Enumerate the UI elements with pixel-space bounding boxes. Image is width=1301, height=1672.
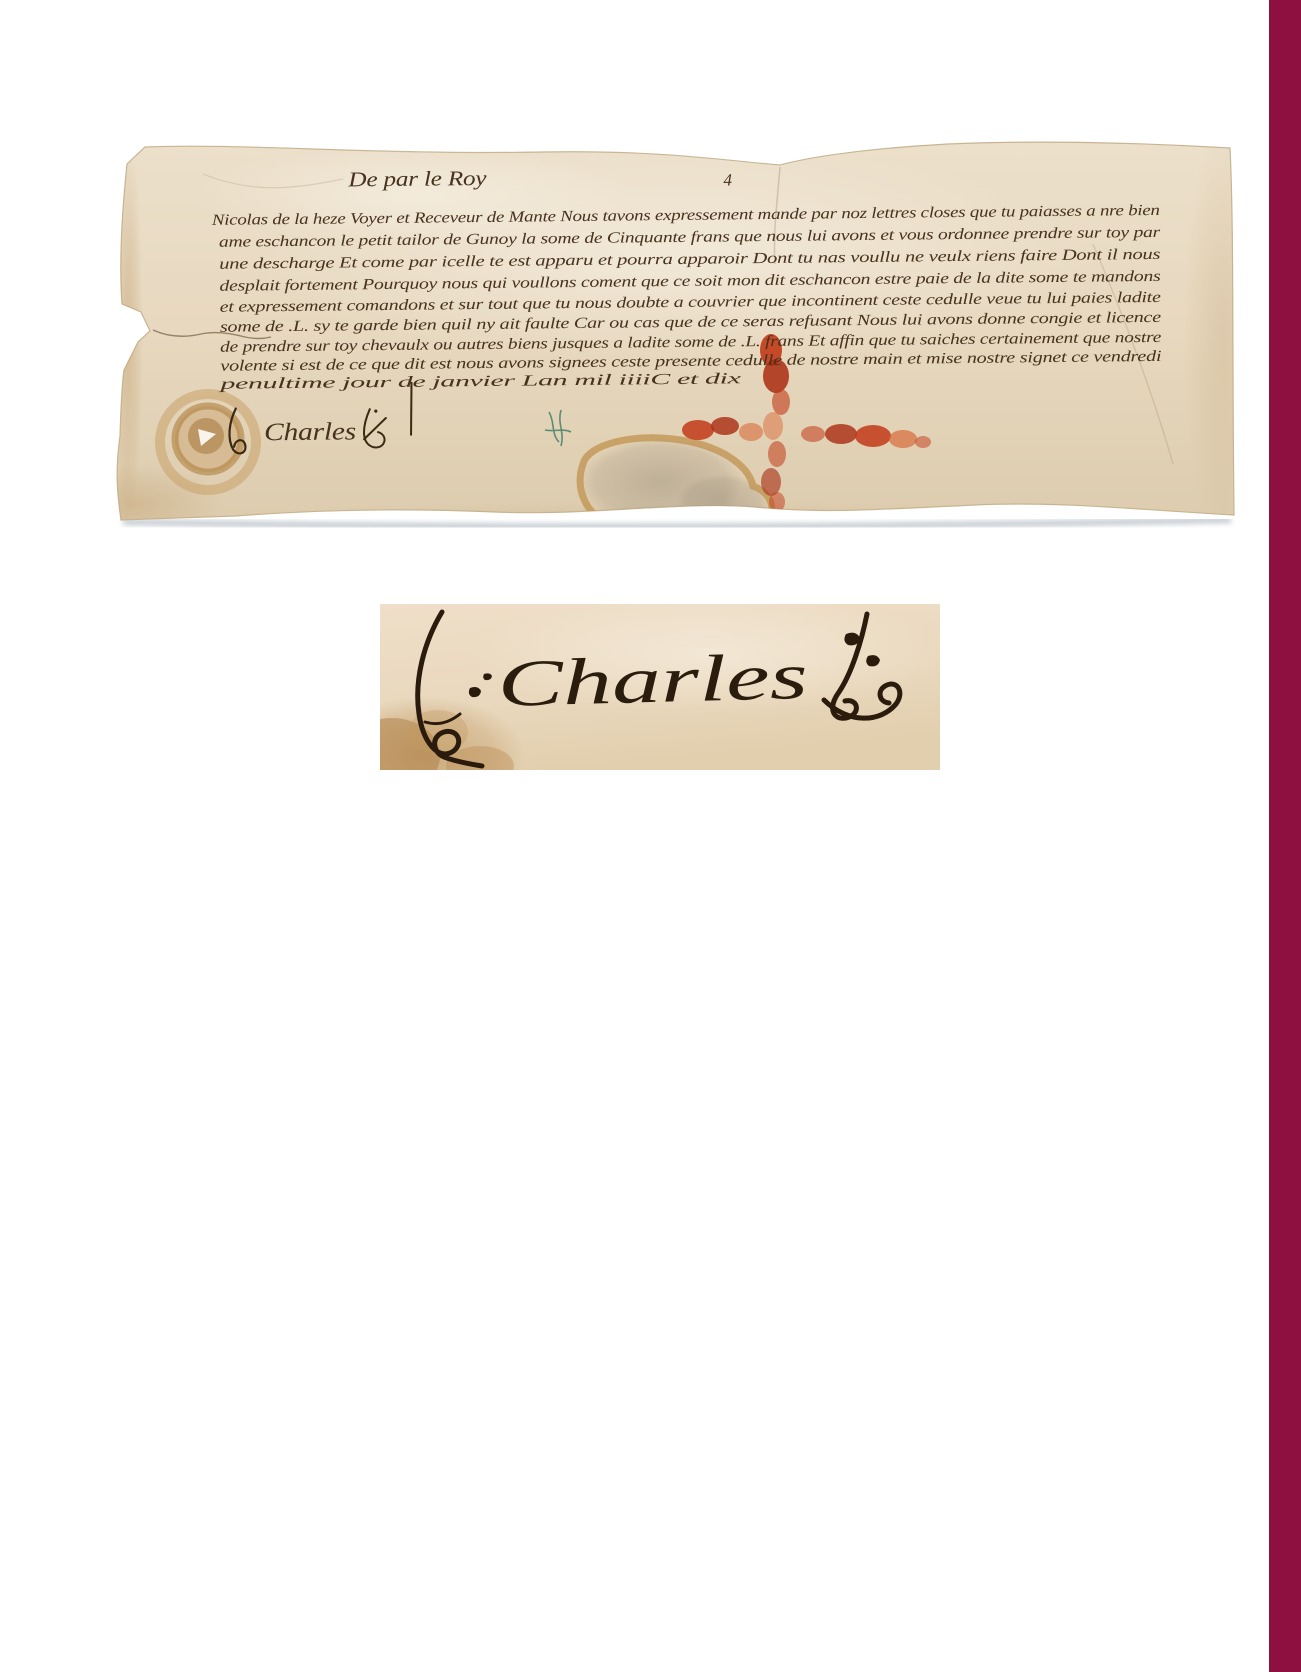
right-accent-bar bbox=[1269, 0, 1301, 1672]
signature-detail-photo: Charles bbox=[380, 604, 940, 770]
signature-charles: Charles bbox=[264, 418, 356, 446]
descender-stroke bbox=[410, 383, 412, 435]
detail-signature-charles: Charles bbox=[497, 640, 809, 721]
photo-shadow bbox=[123, 520, 1231, 527]
signature-detail-image: Charles bbox=[380, 604, 940, 770]
parchment-image: De par le Roy 4 Nicolas de la heze Voyer… bbox=[113, 134, 1243, 534]
manuscript-photo: De par le Roy 4 Nicolas de la heze Voyer… bbox=[113, 134, 1243, 534]
heading-de-par-le-roy: De par le Roy bbox=[347, 166, 487, 191]
folio-number: 4 bbox=[723, 170, 732, 189]
